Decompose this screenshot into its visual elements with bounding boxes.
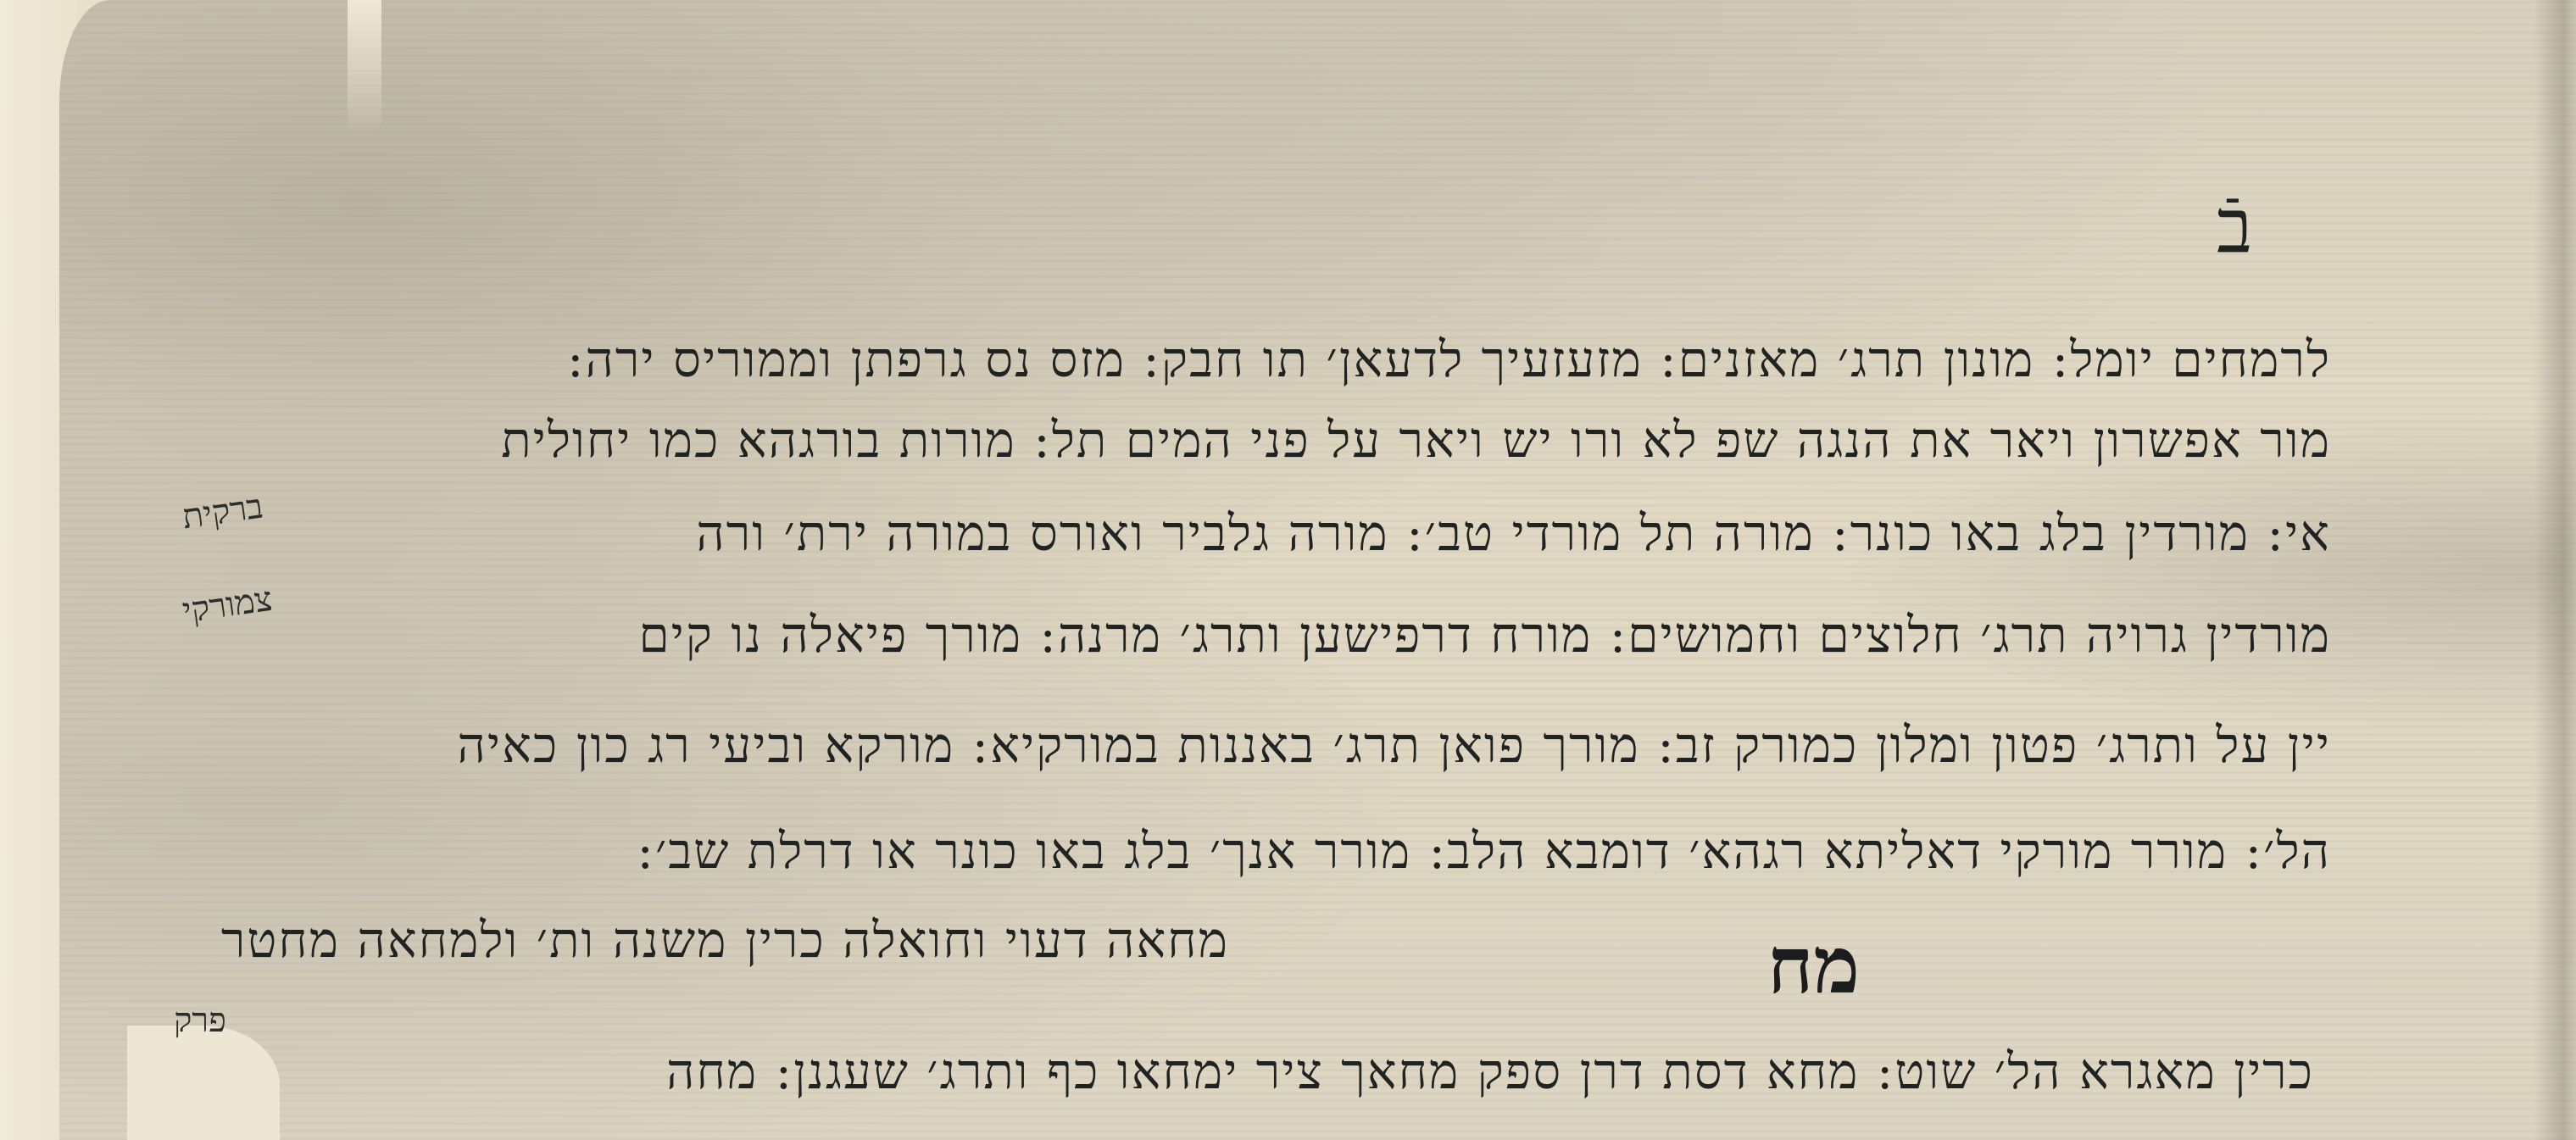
page-edge-shadow: [2534, 0, 2576, 1140]
text-line-4: מורדין גרויה תרג׳ חלוצים וחמושים: מורח ד…: [364, 606, 2331, 664]
text-line-1: לרמחים יומל: מונון תרג׳ מאזנים: מזעזעיך …: [127, 331, 2331, 388]
manuscript-scan: בֿ לרמחים יומל: מונון תרג׳ מאזנים: מזעזע…: [0, 0, 2576, 1140]
paper-tear: [348, 0, 381, 136]
text-line-8: כרין מאגרא הל׳ שוט: מחא דסת דרן ספק מחאך…: [212, 1043, 2314, 1100]
page-number: בֿ: [2217, 182, 2252, 270]
text-line-5: יין על ותרג׳ פטון ומלון כמורק זב: מורך פ…: [170, 716, 2331, 774]
section-heading: מח: [1767, 920, 1860, 1011]
manuscript-leaf: [59, 0, 2576, 1140]
text-line-2: מור אפשרון ויאר את הנגה שפ לא ורו יש ויא…: [195, 411, 2331, 469]
text-line-3: אי: מורדין בלג באו כונר: מורה תל מורדי ט…: [263, 504, 2331, 562]
text-line-6: הל׳: מורר מורקי דאליתא רגהא׳ דומבא הלב: …: [576, 822, 2331, 880]
marginal-gloss: פרק: [174, 1000, 226, 1040]
text-line-7: מחאה דעוי וחואלה כרין משנה ות׳ ולמחאה מח…: [170, 911, 1229, 969]
